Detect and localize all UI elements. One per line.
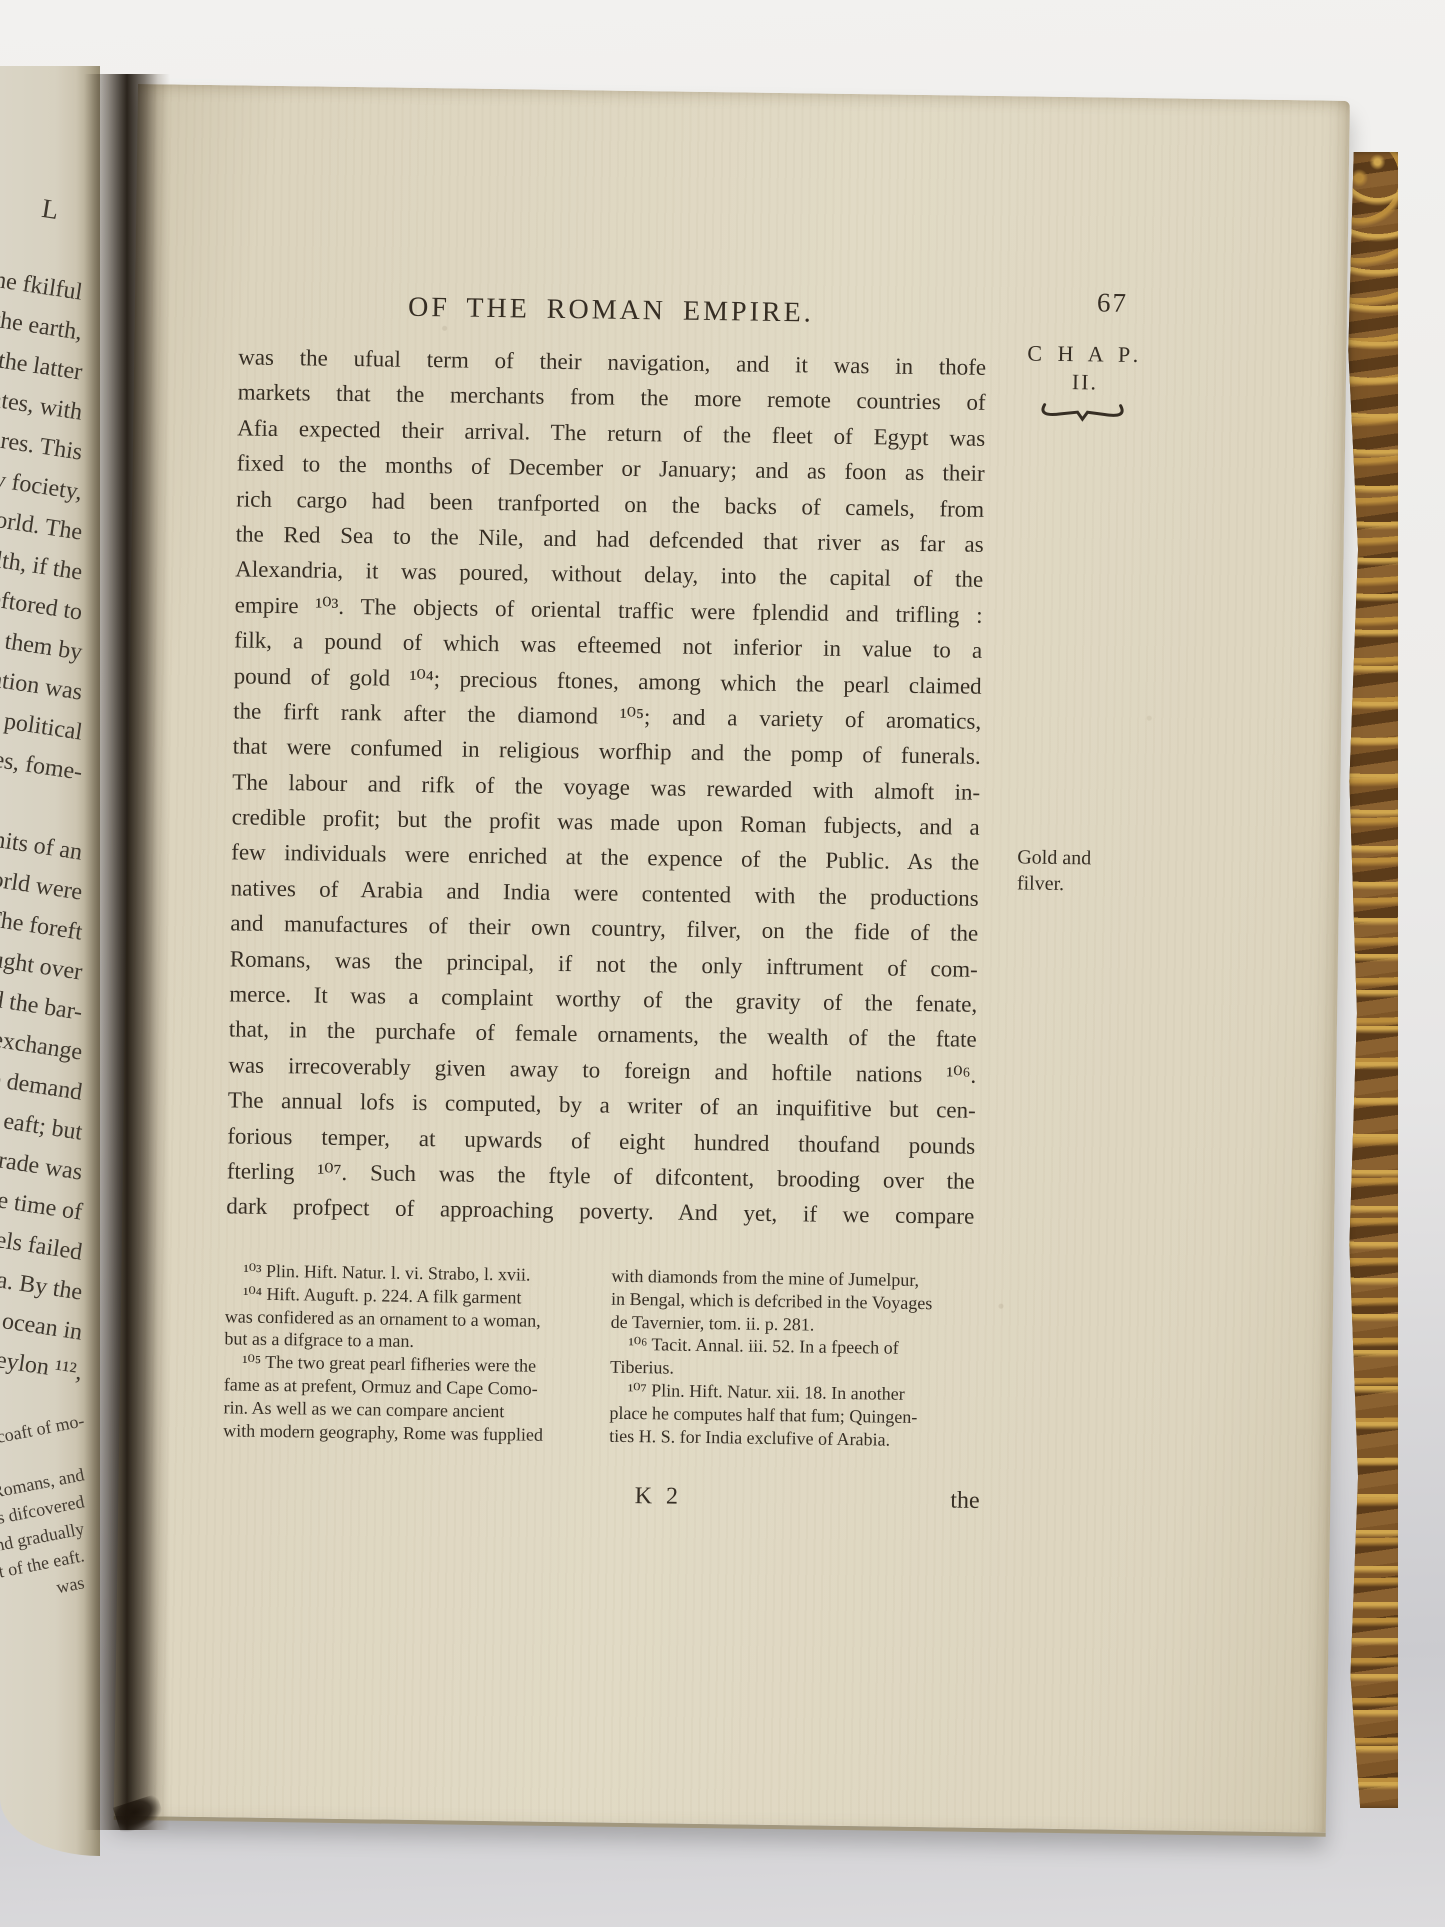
chapter-note: C H A P. II.	[1023, 340, 1146, 431]
margin-note-line: Gold and	[1017, 844, 1091, 871]
left-page-edge: L and the fkilfulof the earth,s and the …	[0, 66, 100, 1856]
book-page: OF THE ROMAN EMPIRE. 67 C H A P. II. was…	[114, 84, 1350, 1833]
footnote-line: with modern geography, Rome was fupplied	[223, 1419, 589, 1447]
margin-note-line: filver.	[1017, 870, 1091, 897]
signature-mark: K 2	[618, 1483, 698, 1511]
left-page-initial-letter: L	[39, 193, 60, 226]
left-page-footnote-fragments: d; the coaft of mo-a by the Romans, and.…	[0, 1406, 90, 1595]
footnote-column-left: ¹⁰³ Plin. Hift. Natur. l. vi. Strabo, l.…	[223, 1259, 592, 1446]
gilt-fore-edge	[1344, 152, 1398, 1808]
body-text: was the ufual term of their navigation, …	[226, 339, 986, 1234]
footnotes: ¹⁰³ Plin. Hift. Natur. l. vi. Strabo, l.…	[226, 1259, 978, 1269]
left-page-fragment-line: was	[0, 1568, 93, 1659]
left-page-text-fragments: and the fkilfulof the earth,s and the la…	[0, 274, 90, 1394]
footnote-column-right: with diamonds from the mine of Jumelpur,…	[609, 1265, 978, 1452]
chapter-heading: C H A P.	[1024, 340, 1146, 368]
running-head: OF THE ROMAN EMPIRE.	[239, 289, 983, 331]
catchword: the	[950, 1487, 980, 1514]
page-number: 67	[1097, 287, 1128, 318]
left-page-fragment-line: and the fkilful	[0, 224, 93, 314]
footnote-line: ties H. S. for India exclufive of Arabia…	[609, 1424, 975, 1452]
chapter-brace-icon	[1038, 399, 1130, 426]
chapter-number: II.	[1024, 366, 1146, 398]
photo-background: { "colors": { "paper": "#e0d9c4", "ink":…	[0, 0, 1445, 1927]
margin-note-gold-silver: Gold and filver.	[1017, 844, 1092, 897]
